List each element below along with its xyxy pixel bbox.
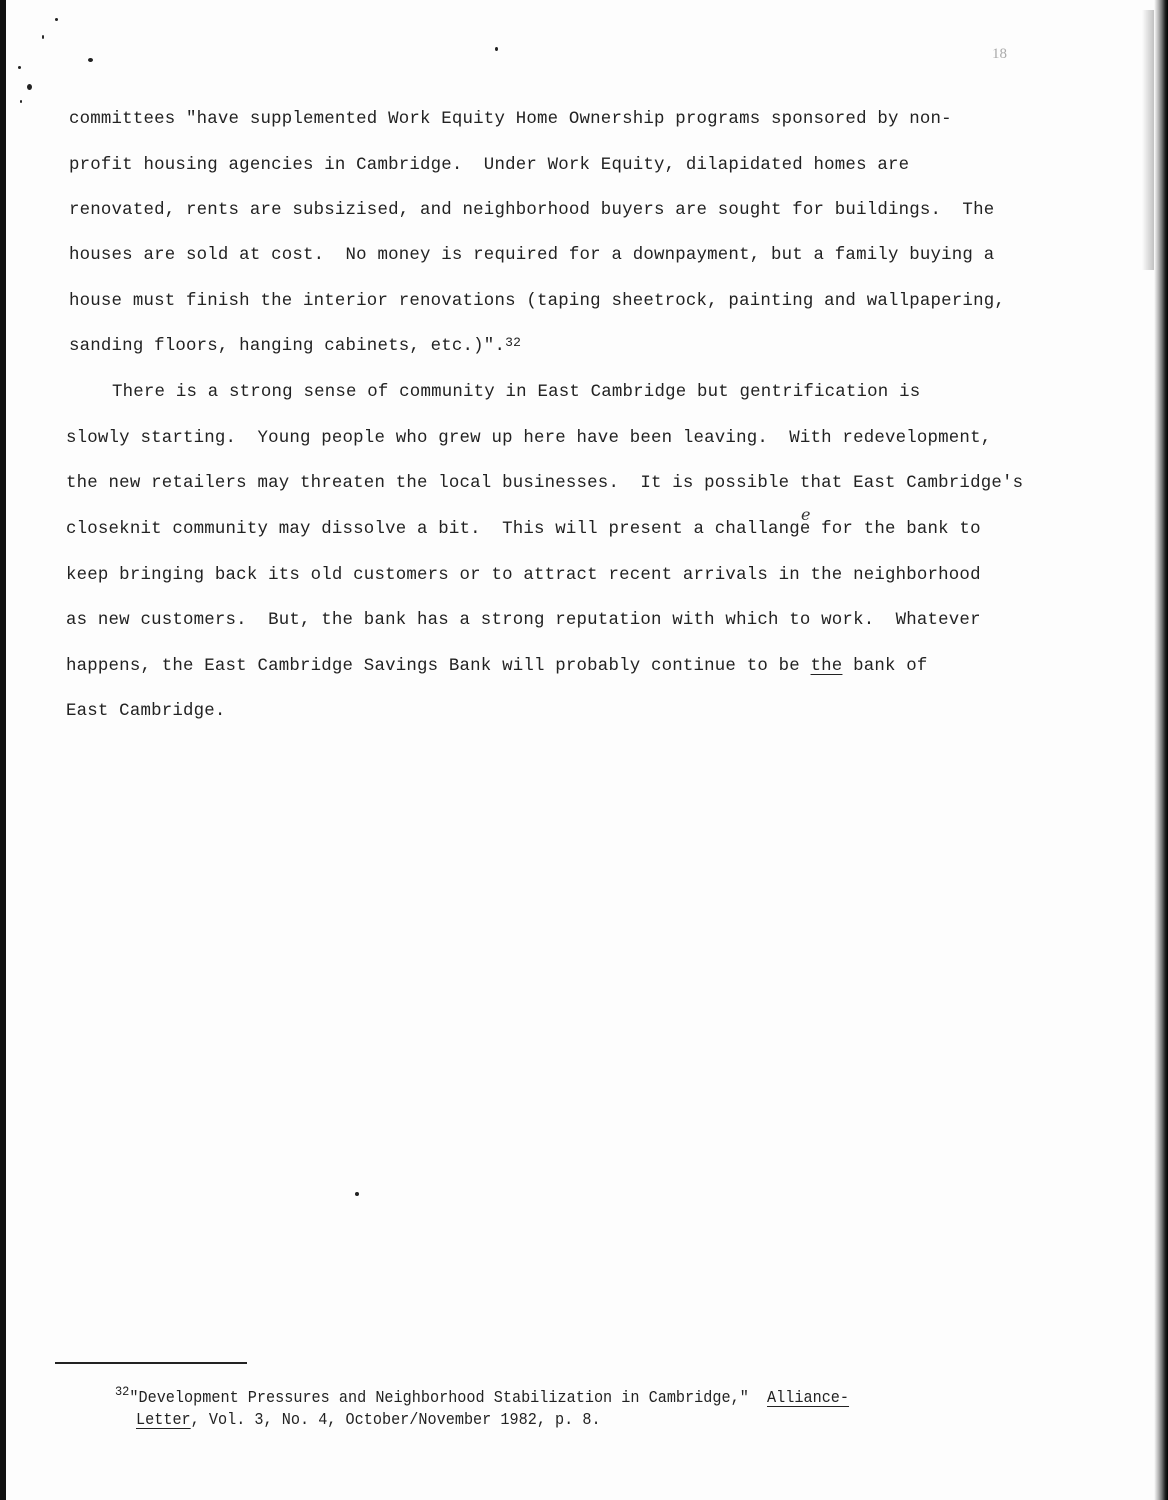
line-text: happens, the East Cambridge Savings Bank… xyxy=(66,657,811,676)
scan-shadow xyxy=(1142,10,1154,270)
footnote-reference: 32 xyxy=(505,335,521,350)
footnote-line: 32"Development Pressures and Neighborhoo… xyxy=(115,1388,849,1407)
text-line: committees "have supplemented Work Equit… xyxy=(69,110,952,129)
scan-left-edge xyxy=(0,0,6,1500)
text-line: happens, the East Cambridge Savings Bank… xyxy=(66,657,928,676)
footnote-text: "Development Pressures and Neighborhood … xyxy=(129,1388,767,1407)
text-line: keep bringing back its old customers or … xyxy=(66,566,981,585)
scan-speck xyxy=(355,1192,359,1196)
text-line: as new customers. But, the bank has a st… xyxy=(66,611,981,630)
scan-speck xyxy=(42,35,44,39)
text-line: slowly starting. Young people who grew u… xyxy=(66,429,991,448)
text-line: closeknit community may dissolve a bit. … xyxy=(66,520,981,539)
publication-title: Alliance- xyxy=(767,1388,849,1407)
scan-speck xyxy=(495,47,498,51)
scan-speck xyxy=(55,18,58,21)
handwritten-correction: e xyxy=(801,505,810,524)
line-text: sanding floors, hanging cabinets, etc.)"… xyxy=(69,337,505,356)
text-line: East Cambridge. xyxy=(66,702,226,721)
scan-speck xyxy=(27,84,32,90)
footnote-text: , Vol. 3, No. 4, October/November 1982, … xyxy=(191,1410,601,1429)
footnote-line: Letter, Vol. 3, No. 4, October/November … xyxy=(136,1410,601,1429)
line-text: bank of xyxy=(842,657,927,676)
text-line: house must finish the interior renovatio… xyxy=(69,292,1005,311)
publication-title: Letter xyxy=(136,1410,191,1429)
footnote-number: 32 xyxy=(115,1384,129,1399)
scan-right-edge xyxy=(1154,0,1168,1500)
scan-speck xyxy=(20,100,22,103)
page-number: 18 xyxy=(992,46,1007,63)
text-line: the new retailers may threaten the local… xyxy=(66,474,1023,493)
scan-speck xyxy=(18,66,21,69)
scan-speck xyxy=(88,58,93,62)
emphasized-word: the xyxy=(811,657,843,676)
text-line: profit housing agencies in Cambridge. Un… xyxy=(69,156,909,175)
text-line: sanding floors, hanging cabinets, etc.)"… xyxy=(69,337,521,356)
text-line: There is a strong sense of community in … xyxy=(112,383,920,402)
text-line: houses are sold at cost. No money is req… xyxy=(69,246,994,265)
text-line: renovated, rents are subsizised, and nei… xyxy=(69,201,994,220)
footnote-separator xyxy=(55,1362,247,1364)
